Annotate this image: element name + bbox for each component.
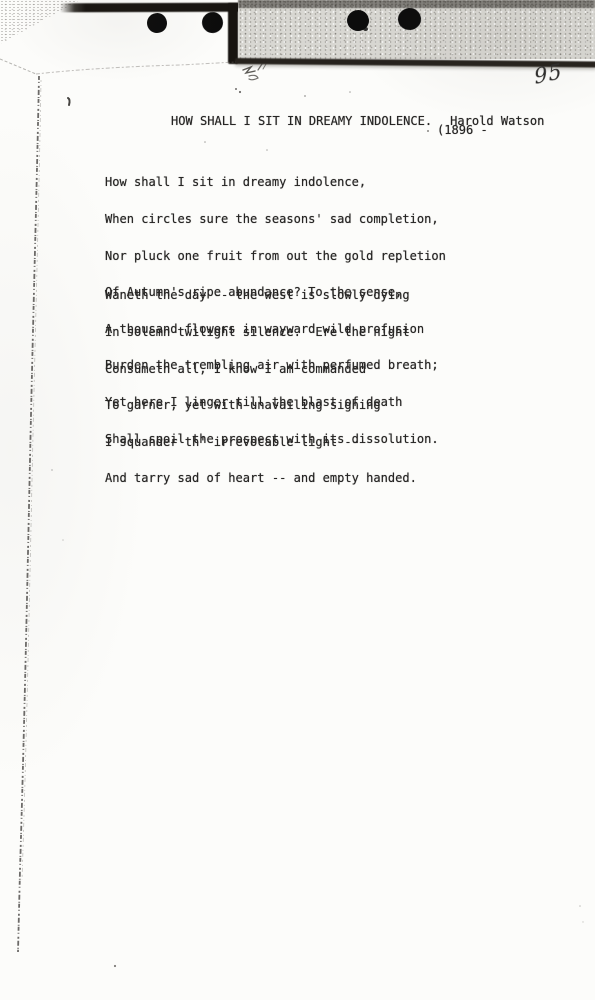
poem-line: In solemn twilight silence. Ere the nigh… xyxy=(105,326,417,338)
underlying-page-grey-band xyxy=(238,0,595,59)
poem-stanza-2: Waneth the day -- the west is slowly dyi… xyxy=(105,265,417,509)
underpage-corner-line xyxy=(0,59,36,74)
ink-squiggle xyxy=(235,64,266,93)
page-left-edge-line-ghost xyxy=(22,80,41,880)
scanned-document-page: 95 xyxy=(0,0,595,1000)
punch-hole-dot xyxy=(147,13,167,33)
poem-line: And tarry sad of heart -- and empty hand… xyxy=(105,472,417,484)
poem-line: Nor pluck one fruit from out the gold re… xyxy=(105,250,446,262)
page-tab-top-edge xyxy=(60,3,242,13)
poem-line: Waneth the day -- the west is slowly dyi… xyxy=(105,289,417,301)
poem-line: To garner, yet with unavailing sighing xyxy=(105,399,417,411)
handwritten-page-number: 95 xyxy=(533,59,564,89)
poem-title: HOW SHALL I SIT IN DREAMY INDOLENCE. xyxy=(171,114,432,128)
ink-smudge xyxy=(363,27,368,31)
poem-line: I squander th' irrevocable light -- xyxy=(105,436,417,448)
punch-hole-dot xyxy=(201,11,225,35)
page-left-edge-line xyxy=(18,76,39,952)
poem-line: Consumeth all, I know I am commanded xyxy=(105,363,417,375)
underpage-corner-line xyxy=(36,62,236,74)
poem-line: When circles sure the seasons' sad compl… xyxy=(105,213,446,225)
poem-line: How shall I sit in dreamy indolence, xyxy=(105,176,446,188)
stray-mark xyxy=(68,98,70,105)
page-tab-right-edge xyxy=(228,3,238,64)
poem-date-note: (1896 - xyxy=(437,124,488,136)
scan-top-dark-strip xyxy=(238,0,595,8)
